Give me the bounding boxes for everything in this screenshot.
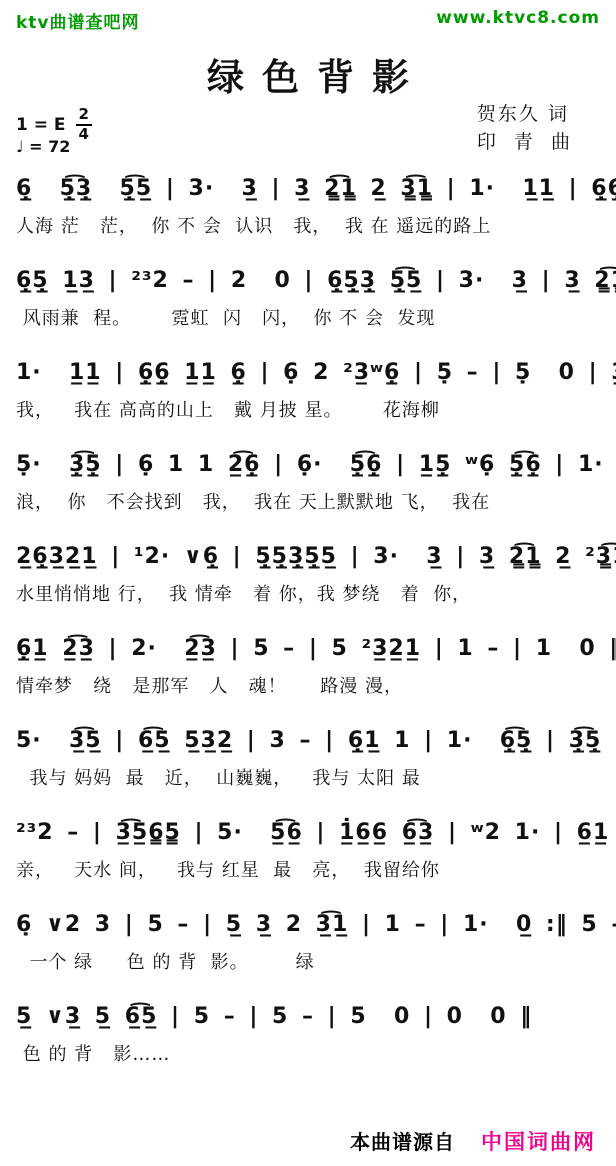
sheet-music-page: ktv曲谱查吧网 www.ktvc8.com 绿色背影 1 = E24 ♩ = …: [0, 0, 616, 1166]
notation-row: 5̲ ∨3̲ 5̲ 6̲͡5̲ | 5 – | 5 – | 5 0 | 0 0 …: [16, 999, 600, 1035]
score-line-1: 6̲̣ 5̲̣͡3̲̣ 5̲̣͡5̲ | 3· 3̲ | 3̲ 2̳͡1̳ 2̲…: [16, 171, 600, 238]
notation-row: 5̣· 3̲̣͡5̲̣ | 6̣ 1 1 2̲͡6̲̣ | 6̣· 5̲̣͡6̲…: [16, 447, 600, 483]
credits: 贺东久 词 印 青 曲: [477, 101, 572, 156]
source-site-name: 中国词曲网: [481, 1126, 596, 1156]
key-signature: 1 = E: [16, 115, 66, 135]
score-line-10: 5̲ ∨3̲ 5̲ 6̲͡5̲ | 5 – | 5 – | 5 0 | 0 0 …: [16, 999, 600, 1066]
notation-row: 6̲̣1̲ 2̲͡3̲ | 2· 2̲͡3̲ | 5 – | 5 ²3̲2̲1̲…: [16, 631, 600, 667]
lyrics-row: 我与 妈妈 最 近， 山巍巍， 我与 太阳 最: [16, 768, 600, 790]
score-body: 6̲̣ 5̲̣͡3̲̣ 5̲̣͡5̲ | 3· 3̲ | 3̲ 2̳͡1̳ 2̲…: [16, 171, 600, 1066]
site-url-right: www.ktvc8.com: [436, 8, 600, 28]
lyrics-row: 亲， 天水 间， 我与 红星 最 亮， 我留给你: [16, 860, 600, 882]
score-line-4: 5̣· 3̲̣͡5̲̣ | 6̣ 1 1 2̲͡6̲̣ | 6̣· 5̲̣͡6̲…: [16, 447, 600, 514]
score-line-2: 6̲̣5̲̣ 1̲3̲ | ²³2 – | 2 0 | 6̲̣5̲̣3̲̣ 5̲…: [16, 263, 600, 330]
notation-row: 6̲̣5̲̣ 1̲3̲ | ²³2 – | 2 0 | 6̲̣5̲̣3̲̣ 5̲…: [16, 263, 600, 299]
lyrics-row: 我， 我在 高高的山上 戴 月披 星。 花海柳: [16, 400, 600, 422]
lyrics-row: 色 的 背 影……: [16, 1044, 600, 1066]
tempo-marking: ♩ = 72: [16, 137, 70, 156]
lyricist-credit: 贺东久 词: [477, 101, 572, 129]
time-signature-numerator: 2: [76, 107, 92, 126]
source-label: 本曲谱源自: [350, 1126, 455, 1155]
notation-row: 6̣ ∨2 3 | 5 – | 5̲ 3̲ 2 3̲͡1̲ | 1 – | 1·…: [16, 907, 600, 943]
notation-row: 6̲̣ 5̲̣͡3̲̣ 5̲̣͡5̲ | 3· 3̲ | 3̲ 2̳͡1̳ 2̲…: [16, 171, 600, 207]
lyrics-row: 风雨兼 程。 霓虹 闪 闪， 你 不 会 发现: [16, 308, 600, 330]
lyrics-row: 浪， 你 不会找到 我， 我在 天上默默地 飞， 我在: [16, 492, 600, 514]
score-line-7: 5· 3̲͡5̲ | 6̲͡5̲ 5̲3̲2̲ | 3 – | 6̲̣1̲ 1 …: [16, 723, 600, 790]
notation-row: ²³2 – | 3̲͡5̲6̳5̳ | 5· 5̲͡6̲ | 1̲̇6̲6̲ 6…: [16, 815, 600, 851]
lyrics-row: 水里悄悄地 行， 我 情牵 着 你，我 梦绕 着 你，: [16, 584, 600, 606]
notation-row: 1· 1̲1̲ | 6̲̣6̲̣ 1̲1̲ 6̲̣ | 6̣ 2 ²3̲ʷ6̲̣…: [16, 355, 600, 391]
score-line-6: 6̲̣1̲ 2̲͡3̲ | 2· 2̲͡3̲ | 5 – | 5 ²3̲2̲1̲…: [16, 631, 600, 698]
quarter-note-icon: ♩: [16, 137, 24, 156]
score-line-3: 1· 1̲1̲ | 6̲̣6̲̣ 1̲1̲ 6̲̣ | 6̣ 2 ²3̲ʷ6̲̣…: [16, 355, 600, 422]
notation-row: 2̲6̲̣3̲2̲1̲ | ¹2· ∨6̲̣ | 5̲̣5̲̣3̲̣5̲̣5̲ …: [16, 539, 600, 575]
score-line-8: ²³2 – | 3̲͡5̲6̳5̳ | 5· 5̲͡6̲ | 1̲̇6̲6̲ 6…: [16, 815, 600, 882]
lyrics-row: 情牵梦 绕 是那军 人 魂！ 路漫 漫，: [16, 676, 600, 698]
lyrics-row: 人海 茫 茫， 你 不 会 认识 我， 我 在 遥远的路上: [16, 216, 600, 238]
notation-row: 5· 3̲͡5̲ | 6̲͡5̲ 5̲3̲2̲ | 3 – | 6̲̣1̲ 1 …: [16, 723, 600, 759]
time-signature: 24: [76, 107, 92, 143]
tempo-value: = 72: [29, 137, 70, 156]
score-line-5: 2̲6̲̣3̲2̲1̲ | ¹2· ∨6̲̣ | 5̲̣5̲̣3̲̣5̲̣5̲ …: [16, 539, 600, 606]
site-header: ktv曲谱查吧网 www.ktvc8.com: [16, 8, 600, 33]
score-meta: 1 = E24 ♩ = 72 贺东久 词 印 青 曲: [16, 107, 600, 169]
composer-credit: 印 青 曲: [477, 129, 572, 157]
site-name-left: ktv曲谱查吧网: [16, 8, 140, 33]
score-line-9: 6̣ ∨2 3 | 5 – | 5̲ 3̲ 2 3̲͡1̲ | 1 – | 1·…: [16, 907, 600, 974]
song-title: 绿色背影: [16, 47, 600, 101]
time-signature-denominator: 4: [76, 126, 92, 143]
lyrics-row: 一个 绿 色 的 背 影。 绿: [16, 952, 600, 974]
source-credit: 本曲谱源自 中国词曲网: [350, 1126, 596, 1156]
